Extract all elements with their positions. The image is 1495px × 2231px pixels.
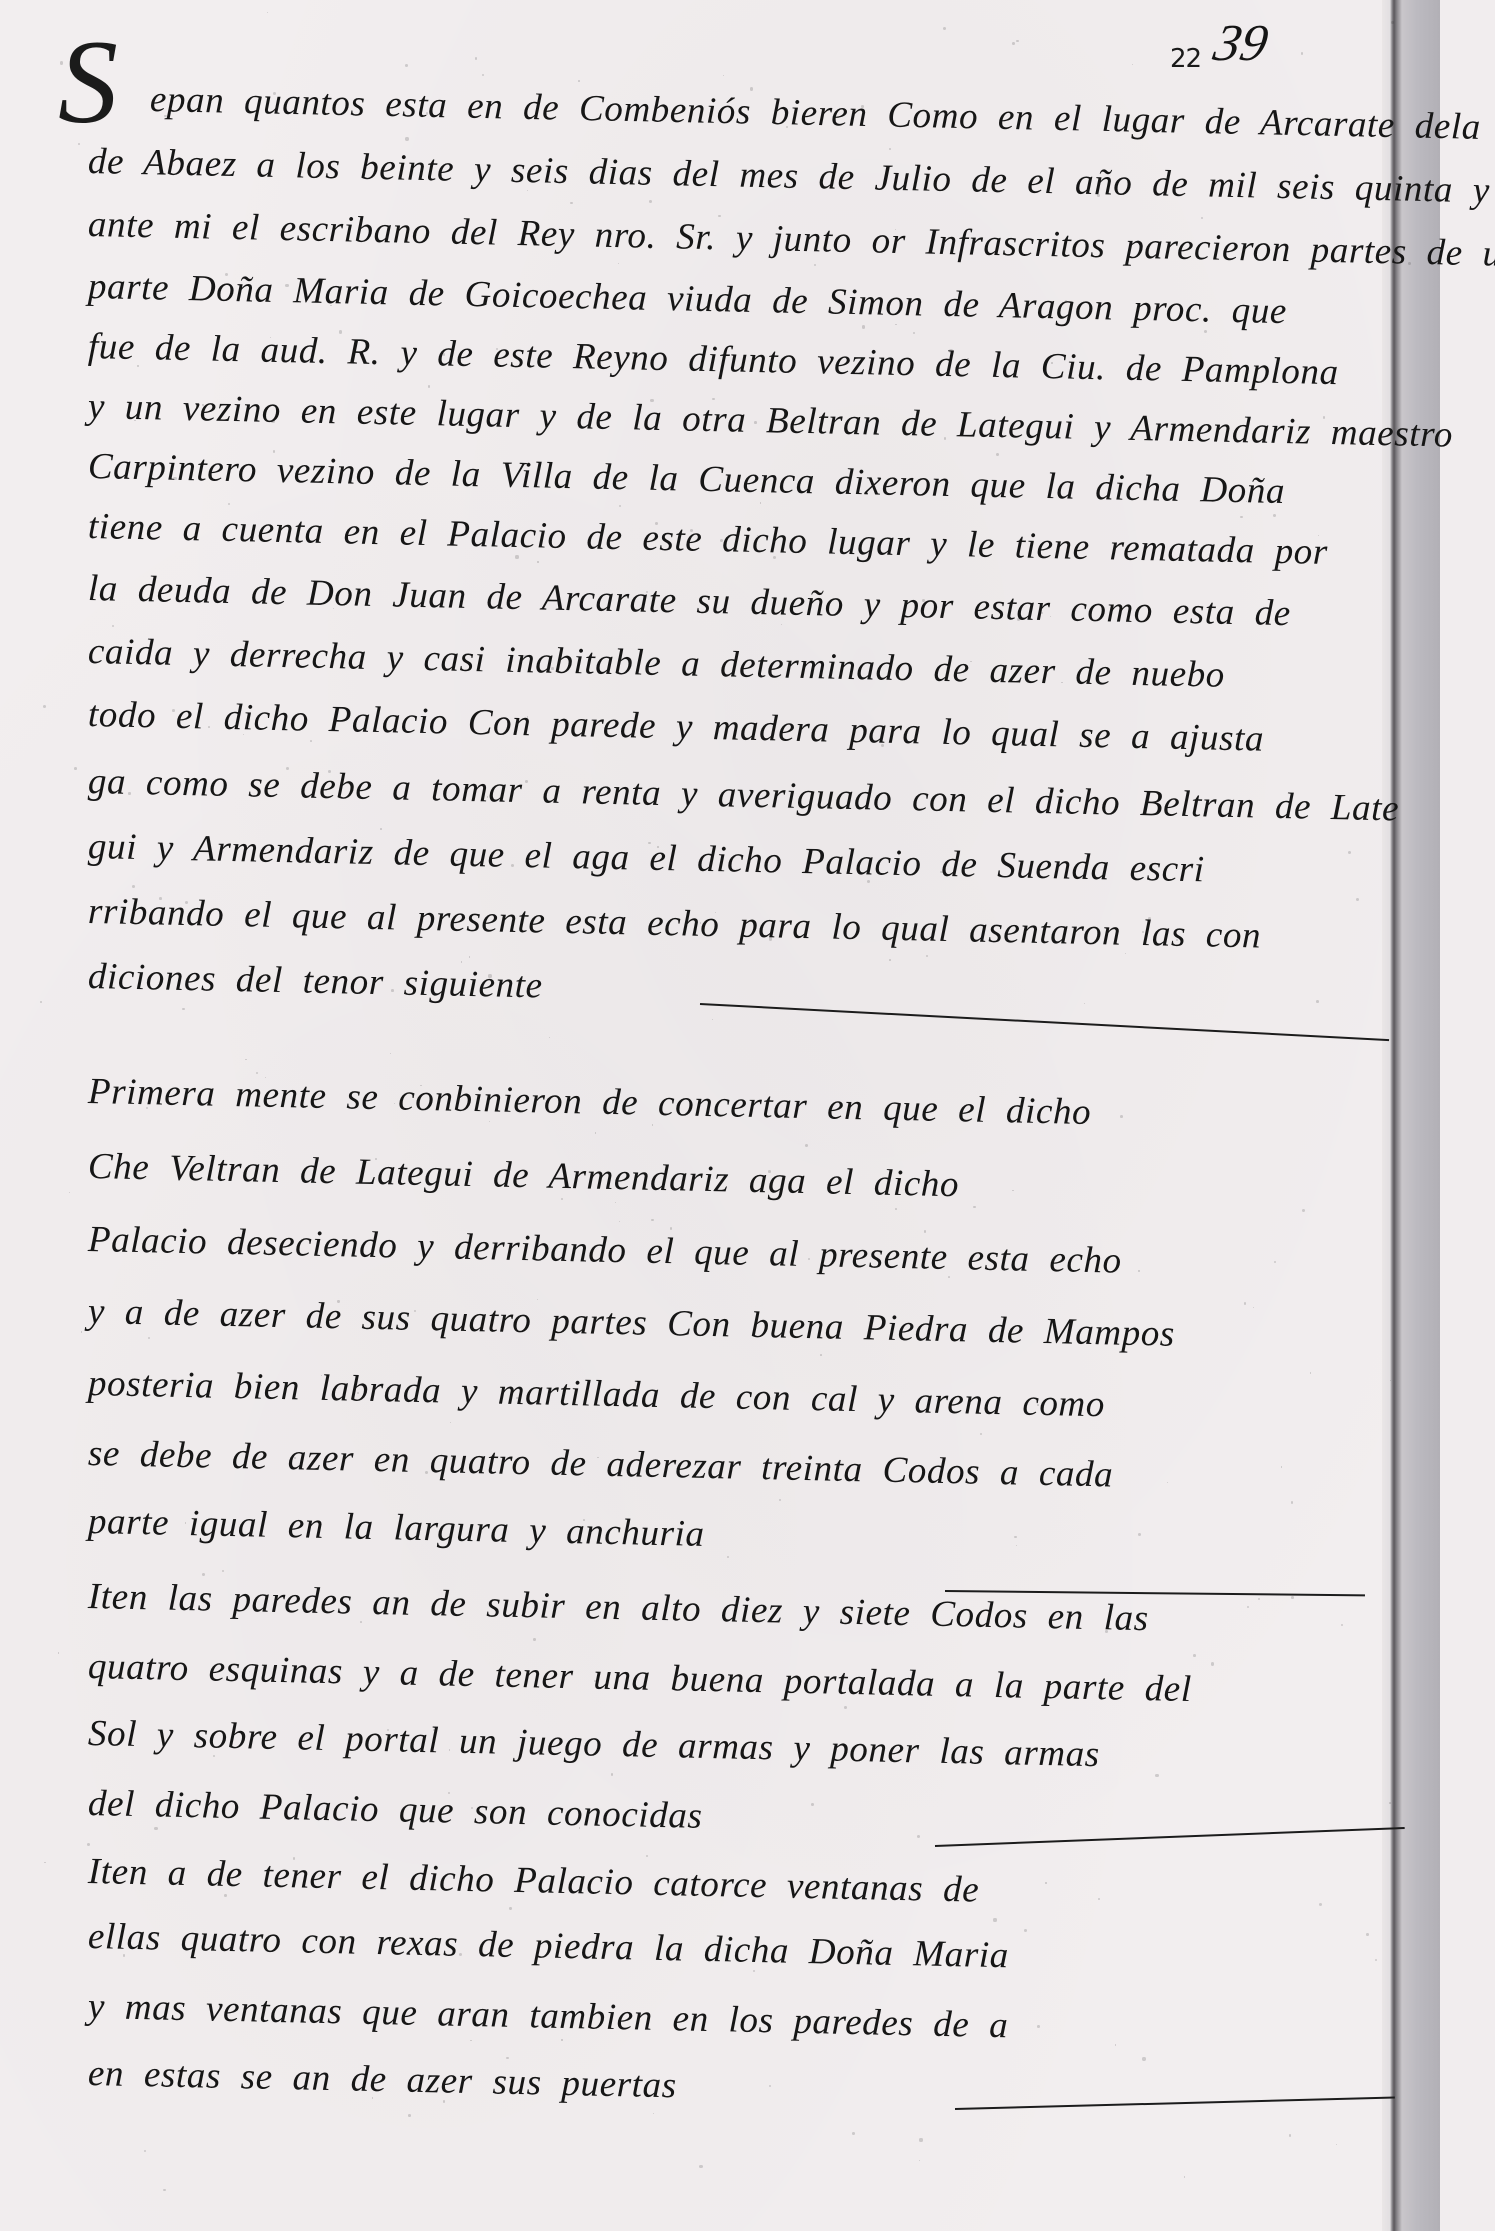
speck <box>328 770 331 773</box>
speck <box>222 1570 224 1572</box>
speck <box>487 796 488 797</box>
speck <box>578 80 580 82</box>
manuscript-line: gui y Armendariz de que el aga el dicho … <box>88 825 1419 896</box>
speck <box>1012 42 1015 45</box>
manuscript-line: caida y derrecha y casi inabitable a det… <box>88 630 1419 701</box>
speck <box>469 956 470 957</box>
manuscript-line: Palacio deseciendo y derribando el que a… <box>88 1218 1419 1289</box>
speck <box>768 1170 771 1173</box>
speck <box>973 1206 975 1208</box>
speck <box>537 561 538 562</box>
speck <box>889 959 891 961</box>
speck <box>926 955 928 957</box>
speck <box>1037 1404 1039 1406</box>
decorated-initial-letter: S <box>58 22 118 142</box>
speck <box>924 1230 927 1233</box>
speck <box>428 385 431 388</box>
speck <box>202 1573 205 1576</box>
speck <box>1142 2057 1145 2060</box>
speck <box>862 325 865 328</box>
speck <box>293 1857 295 1859</box>
speck <box>228 503 231 506</box>
manuscript-line: ga como se debe a tomar a renta y averig… <box>88 760 1419 831</box>
speck <box>895 324 897 326</box>
speck <box>1016 40 1019 43</box>
speck <box>1235 246 1237 248</box>
speck <box>1301 52 1303 54</box>
speck <box>1316 1000 1319 1003</box>
speck <box>40 1001 42 1003</box>
speck <box>425 1471 428 1474</box>
speck <box>805 1144 808 1147</box>
speck <box>330 305 331 306</box>
speck <box>1258 1598 1260 1600</box>
speck <box>980 1433 982 1435</box>
speck <box>820 1354 822 1356</box>
speck <box>653 2113 654 2114</box>
speck <box>405 137 408 140</box>
speck <box>549 1037 550 1038</box>
speck <box>426 112 428 114</box>
speck <box>1366 1933 1369 1936</box>
speck <box>267 12 268 13</box>
speck <box>1291 1596 1294 1599</box>
manuscript-line: de Abaez a los beinte y seis dias del me… <box>88 140 1419 211</box>
speck <box>754 421 757 424</box>
speck <box>60 61 63 64</box>
manuscript-line: Carpintero vezino de la Villa de la Cuen… <box>88 445 1419 516</box>
speck <box>569 1750 571 1752</box>
speck <box>43 705 46 708</box>
speck <box>967 358 969 360</box>
manuscript-line: tiene a cuenta en el Palacio de este dic… <box>88 505 1419 576</box>
speck <box>1184 2176 1186 2178</box>
speck <box>779 1499 781 1501</box>
speck <box>482 74 485 77</box>
speck <box>58 1652 59 1653</box>
speck <box>699 2165 702 2168</box>
speck <box>144 2150 146 2152</box>
speck <box>1041 612 1043 614</box>
speck <box>615 1202 616 1203</box>
speck <box>405 64 408 67</box>
manuscript-line: y un vezino en este lugar y de la otra B… <box>88 385 1419 456</box>
speck <box>1356 898 1359 901</box>
speck <box>132 885 135 888</box>
manuscript-page: S 22 39 epan quantos esta en de Combenió… <box>0 0 1440 2231</box>
speck <box>996 453 999 456</box>
speck <box>391 989 394 992</box>
speck <box>889 148 891 150</box>
speck <box>1391 21 1394 24</box>
speck <box>128 792 130 794</box>
speck <box>895 229 896 230</box>
speck <box>1017 618 1020 621</box>
speck <box>619 1221 620 1222</box>
speck <box>1138 1270 1139 1271</box>
speck <box>44 1862 45 1863</box>
speck <box>134 420 135 421</box>
speck <box>949 349 952 352</box>
speck <box>814 264 816 266</box>
speck <box>360 1621 362 1623</box>
manuscript-line: Iten las paredes an de subir en alto die… <box>88 1575 1419 1646</box>
speck <box>1014 1536 1016 1538</box>
speck <box>648 842 650 844</box>
speck <box>488 974 491 977</box>
manuscript-line: y mas ventanas que aran tambien en los p… <box>88 1985 1419 2056</box>
speck <box>245 1059 247 1061</box>
manuscript-line: ellas quatro con rexas de piedra la dich… <box>88 1915 1419 1986</box>
speck <box>919 2160 920 2161</box>
speck <box>533 1638 536 1641</box>
speck <box>163 2189 165 2191</box>
speck <box>1084 1003 1085 1004</box>
speck <box>132 285 134 287</box>
speck <box>1323 416 1326 419</box>
speck <box>583 1519 585 1521</box>
speck <box>1310 1372 1311 1373</box>
manuscript-line: Sol y sobre el portal un juego de armas … <box>88 1712 1419 1783</box>
speck <box>408 2114 411 2117</box>
speck <box>78 143 80 145</box>
speck <box>509 1907 511 1909</box>
speck <box>74 767 77 770</box>
speck <box>993 1918 996 1921</box>
manuscript-line: se debe de azer en quatro de aderezar tr… <box>88 1432 1419 1503</box>
speck <box>443 2100 445 2102</box>
speck <box>1211 1662 1214 1665</box>
speck <box>137 365 138 366</box>
speck <box>420 1085 421 1086</box>
speck <box>652 1124 654 1126</box>
speck <box>1273 514 1276 517</box>
speck <box>594 1680 597 1683</box>
speck <box>69 1192 70 1193</box>
speck <box>1148 917 1151 920</box>
speck <box>537 1299 538 1300</box>
speck <box>375 1158 377 1160</box>
manuscript-line: rribando el que al presente esta echo pa… <box>88 890 1419 961</box>
speck <box>443 353 445 355</box>
manuscript-line: posteria bien labrada y martillada de co… <box>88 1362 1419 1433</box>
manuscript-line: epan quantos esta en de Combeniós bieren… <box>150 78 1481 149</box>
speck <box>87 1843 90 1846</box>
speck <box>380 828 382 830</box>
speck <box>618 263 619 264</box>
speck <box>294 1457 296 1459</box>
speck <box>1389 1802 1391 1804</box>
speck <box>919 2138 922 2141</box>
speck <box>852 2132 855 2135</box>
speck <box>753 1970 755 1972</box>
speck <box>844 1706 847 1709</box>
speck <box>271 420 274 423</box>
speck <box>811 1803 814 1806</box>
speck <box>112 625 114 627</box>
manuscript-line: y a de azer de sus quatro partes Con bue… <box>88 1290 1419 1361</box>
speck <box>1098 1898 1100 1900</box>
speck <box>1336 2144 1337 2145</box>
speck <box>81 1331 83 1333</box>
speck <box>913 332 915 334</box>
manuscript-line: parte igual en la largura y anchuria <box>88 1500 1419 1571</box>
speck <box>1120 1115 1123 1118</box>
speck <box>337 1300 339 1302</box>
manuscript-line: la deuda de Don Juan de Arcarate su dueñ… <box>88 567 1419 638</box>
speck <box>433 1729 435 1731</box>
manuscript-line: diciones del tenor siguiente <box>88 955 1419 1026</box>
speck <box>943 27 946 30</box>
speck <box>285 284 288 287</box>
manuscript-line: del dicho Palacio que son conocidas <box>88 1782 1419 1853</box>
speck <box>202 404 203 405</box>
speck <box>1132 64 1133 65</box>
speck <box>475 57 477 59</box>
speck <box>723 75 724 76</box>
speck <box>1253 1307 1254 1308</box>
speck <box>354 2089 355 2090</box>
speck <box>339 330 342 333</box>
speck <box>321 1375 322 1376</box>
speck <box>1204 330 1207 333</box>
speck <box>1193 1654 1196 1657</box>
speck <box>1375 1959 1377 1961</box>
manuscript-line: fue de la aud. R. y de este Reyno difunt… <box>88 325 1419 396</box>
speck <box>154 1827 157 1830</box>
speck <box>493 234 494 235</box>
speck <box>611 1773 613 1775</box>
speck <box>1051 362 1052 363</box>
speck <box>1097 194 1100 197</box>
manuscript-line: Primera mente se conbinieron de concerta… <box>88 1070 1419 1141</box>
speck <box>561 2039 562 2040</box>
speck <box>449 1749 451 1751</box>
speck <box>148 1337 150 1339</box>
speck <box>595 1132 597 1134</box>
manuscript-line: Iten a de tener el dicho Palacio catorce… <box>88 1850 1419 1921</box>
speck <box>414 1310 416 1312</box>
speck <box>895 1208 897 1210</box>
speck <box>551 667 554 670</box>
speck <box>619 505 621 507</box>
speck <box>579 1827 580 1828</box>
speck <box>727 1556 729 1558</box>
speck <box>657 846 658 847</box>
speck <box>1289 2134 1291 2136</box>
speck <box>649 200 652 203</box>
speck <box>1045 1882 1046 1883</box>
speck <box>1274 1261 1276 1263</box>
handwritten-folio-number: 39 <box>1209 14 1274 73</box>
speck <box>1201 217 1203 219</box>
speck <box>185 901 188 904</box>
speck <box>224 1894 227 1897</box>
speck <box>1247 1606 1249 1608</box>
speck <box>712 1019 713 1020</box>
speck <box>781 624 782 625</box>
speck <box>159 897 162 900</box>
speck <box>390 1053 391 1054</box>
speck <box>861 105 864 108</box>
speck <box>182 1008 185 1011</box>
manuscript-line: todo el dicho Palacio Con parede y mader… <box>88 693 1419 764</box>
speck <box>1244 1302 1246 1304</box>
speck <box>1240 516 1243 519</box>
speck <box>450 1422 451 1423</box>
speck <box>527 190 528 191</box>
speck <box>651 1219 653 1221</box>
manuscript-line: quatro esquinas y a de tener una buena p… <box>88 1645 1419 1716</box>
manuscript-line: en estas se an de azer sus puertas <box>88 2052 1419 2123</box>
speck <box>1291 1501 1293 1503</box>
manuscript-line: ante mi el escribano del Rey nro. Sr. y … <box>88 203 1419 274</box>
speck <box>570 202 573 205</box>
speck <box>1037 2025 1040 2028</box>
speck <box>646 1855 648 1857</box>
speck <box>1024 1929 1027 1932</box>
speck <box>470 2040 472 2042</box>
speck <box>750 87 753 90</box>
speck <box>225 273 228 276</box>
speck <box>164 115 166 117</box>
speck <box>712 398 714 400</box>
printed-page-number: 22 <box>1170 44 1201 74</box>
speck <box>650 399 653 402</box>
speck <box>506 2057 509 2060</box>
speck <box>511 864 514 867</box>
manuscript-line: parte Doña Maria de Goicoechea viuda de … <box>88 265 1419 336</box>
speck <box>387 1729 389 1731</box>
speck <box>700 922 701 923</box>
speck <box>808 1258 810 1260</box>
manuscript-line: Che Veltran de Lategui de Armendariz aga… <box>88 1145 1419 1216</box>
speck <box>515 555 518 558</box>
speck <box>561 1198 563 1200</box>
speck <box>110 784 112 786</box>
speck <box>769 937 772 940</box>
speck <box>1065 300 1067 302</box>
